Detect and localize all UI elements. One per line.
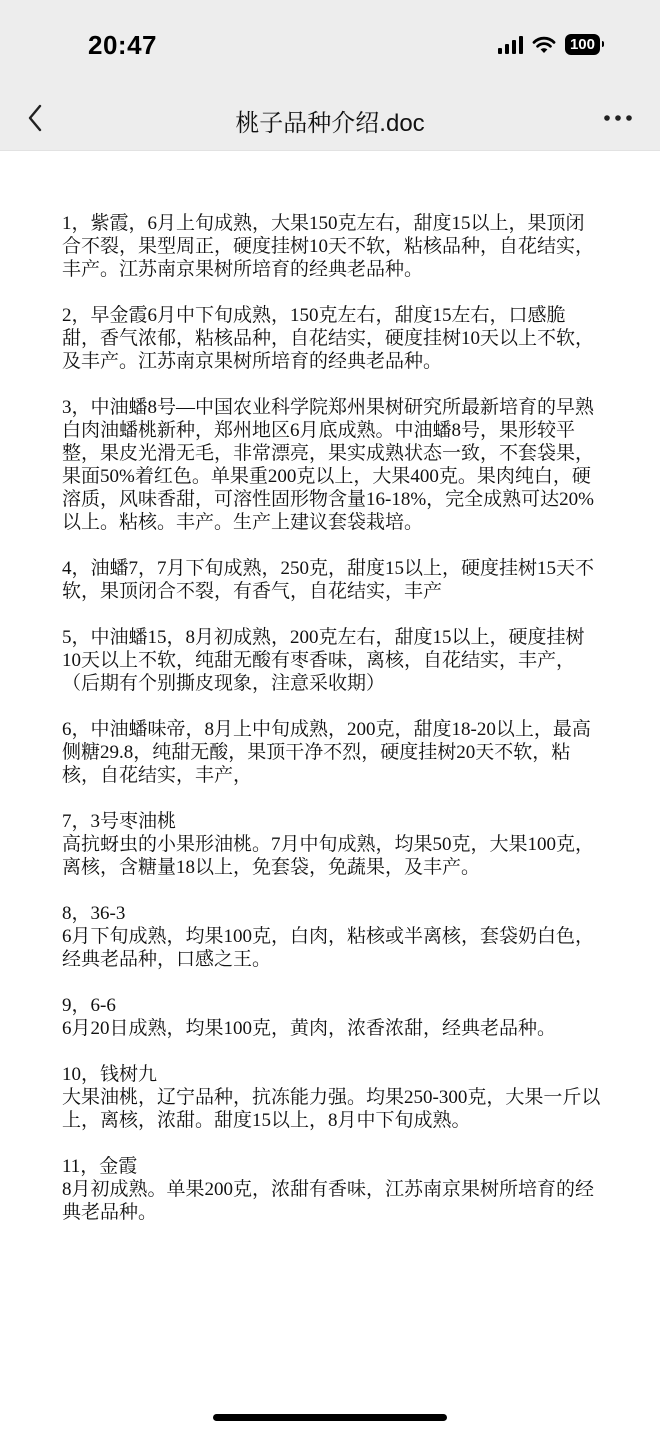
document-title: 桃子品种介绍.doc xyxy=(0,103,660,138)
paragraph-variety-10: 10，钱树九 大果油桃，辽宁品种，抗冻能力强。均果250-300克，大果一斤以上… xyxy=(62,1063,602,1132)
paragraph-variety-5: 5，中油蟠15，8月初成熟，200克左右，甜度15以上，硬度挂树10天以上不软，… xyxy=(62,626,602,695)
wifi-icon xyxy=(532,36,556,54)
cellular-signal-icon xyxy=(498,36,523,54)
paragraph-variety-8: 8，36-3 6月下旬成熟，均果100克，白肉，粘核或半离核，套袋奶白色，经典老… xyxy=(62,902,602,971)
paragraph-variety-2: 2，早金霞6月中下旬成熟，150克左右，甜度15左右，口感脆甜，香气浓郁，粘核品… xyxy=(62,304,602,373)
paragraph-variety-4: 4，油蟠7，7月下旬成熟，250克，甜度15以上，硬度挂树15天不软，果顶闭合不… xyxy=(62,557,602,603)
document-body: 1，紫霞，6月上旬成熟，大果150克左右，甜度15以上，果顶闭合不裂，果型周正，… xyxy=(62,212,602,1247)
status-icons: 100 xyxy=(498,34,600,55)
paragraph-variety-3: 3，中油蟠8号—中国农业科学院郑州果树研究所最新培育的早熟白肉油蟠桃新种，郑州地… xyxy=(62,396,602,534)
top-bar: 20:47 100 桃子品种介绍.doc xyxy=(0,0,660,151)
paragraph-variety-11: 11，金霞 8月初成熟。单果200克，浓甜有香味，江苏南京果树所培育的经典老品种… xyxy=(62,1155,602,1224)
more-button[interactable] xyxy=(602,104,634,132)
home-indicator[interactable] xyxy=(213,1414,447,1421)
paragraph-variety-1: 1，紫霞，6月上旬成熟，大果150克左右，甜度15以上，果顶闭合不裂，果型周正，… xyxy=(62,212,602,281)
status-time: 20:47 xyxy=(88,30,157,61)
paragraph-variety-6: 6，中油蟠味帝，8月上中旬成熟，200克，甜度18-20以上，最高侧糖29.8，… xyxy=(62,718,602,787)
battery-indicator: 100 xyxy=(565,34,600,55)
paragraph-variety-7: 7，3号枣油桃 高抗蚜虫的小果形油桃。7月中旬成熟，均果50克，大果100克，离… xyxy=(62,810,602,879)
more-horizontal-icon xyxy=(603,114,633,122)
paragraph-variety-9: 9，6-6 6月20日成熟，均果100克，黄肉，浓香浓甜，经典老品种。 xyxy=(62,994,602,1040)
